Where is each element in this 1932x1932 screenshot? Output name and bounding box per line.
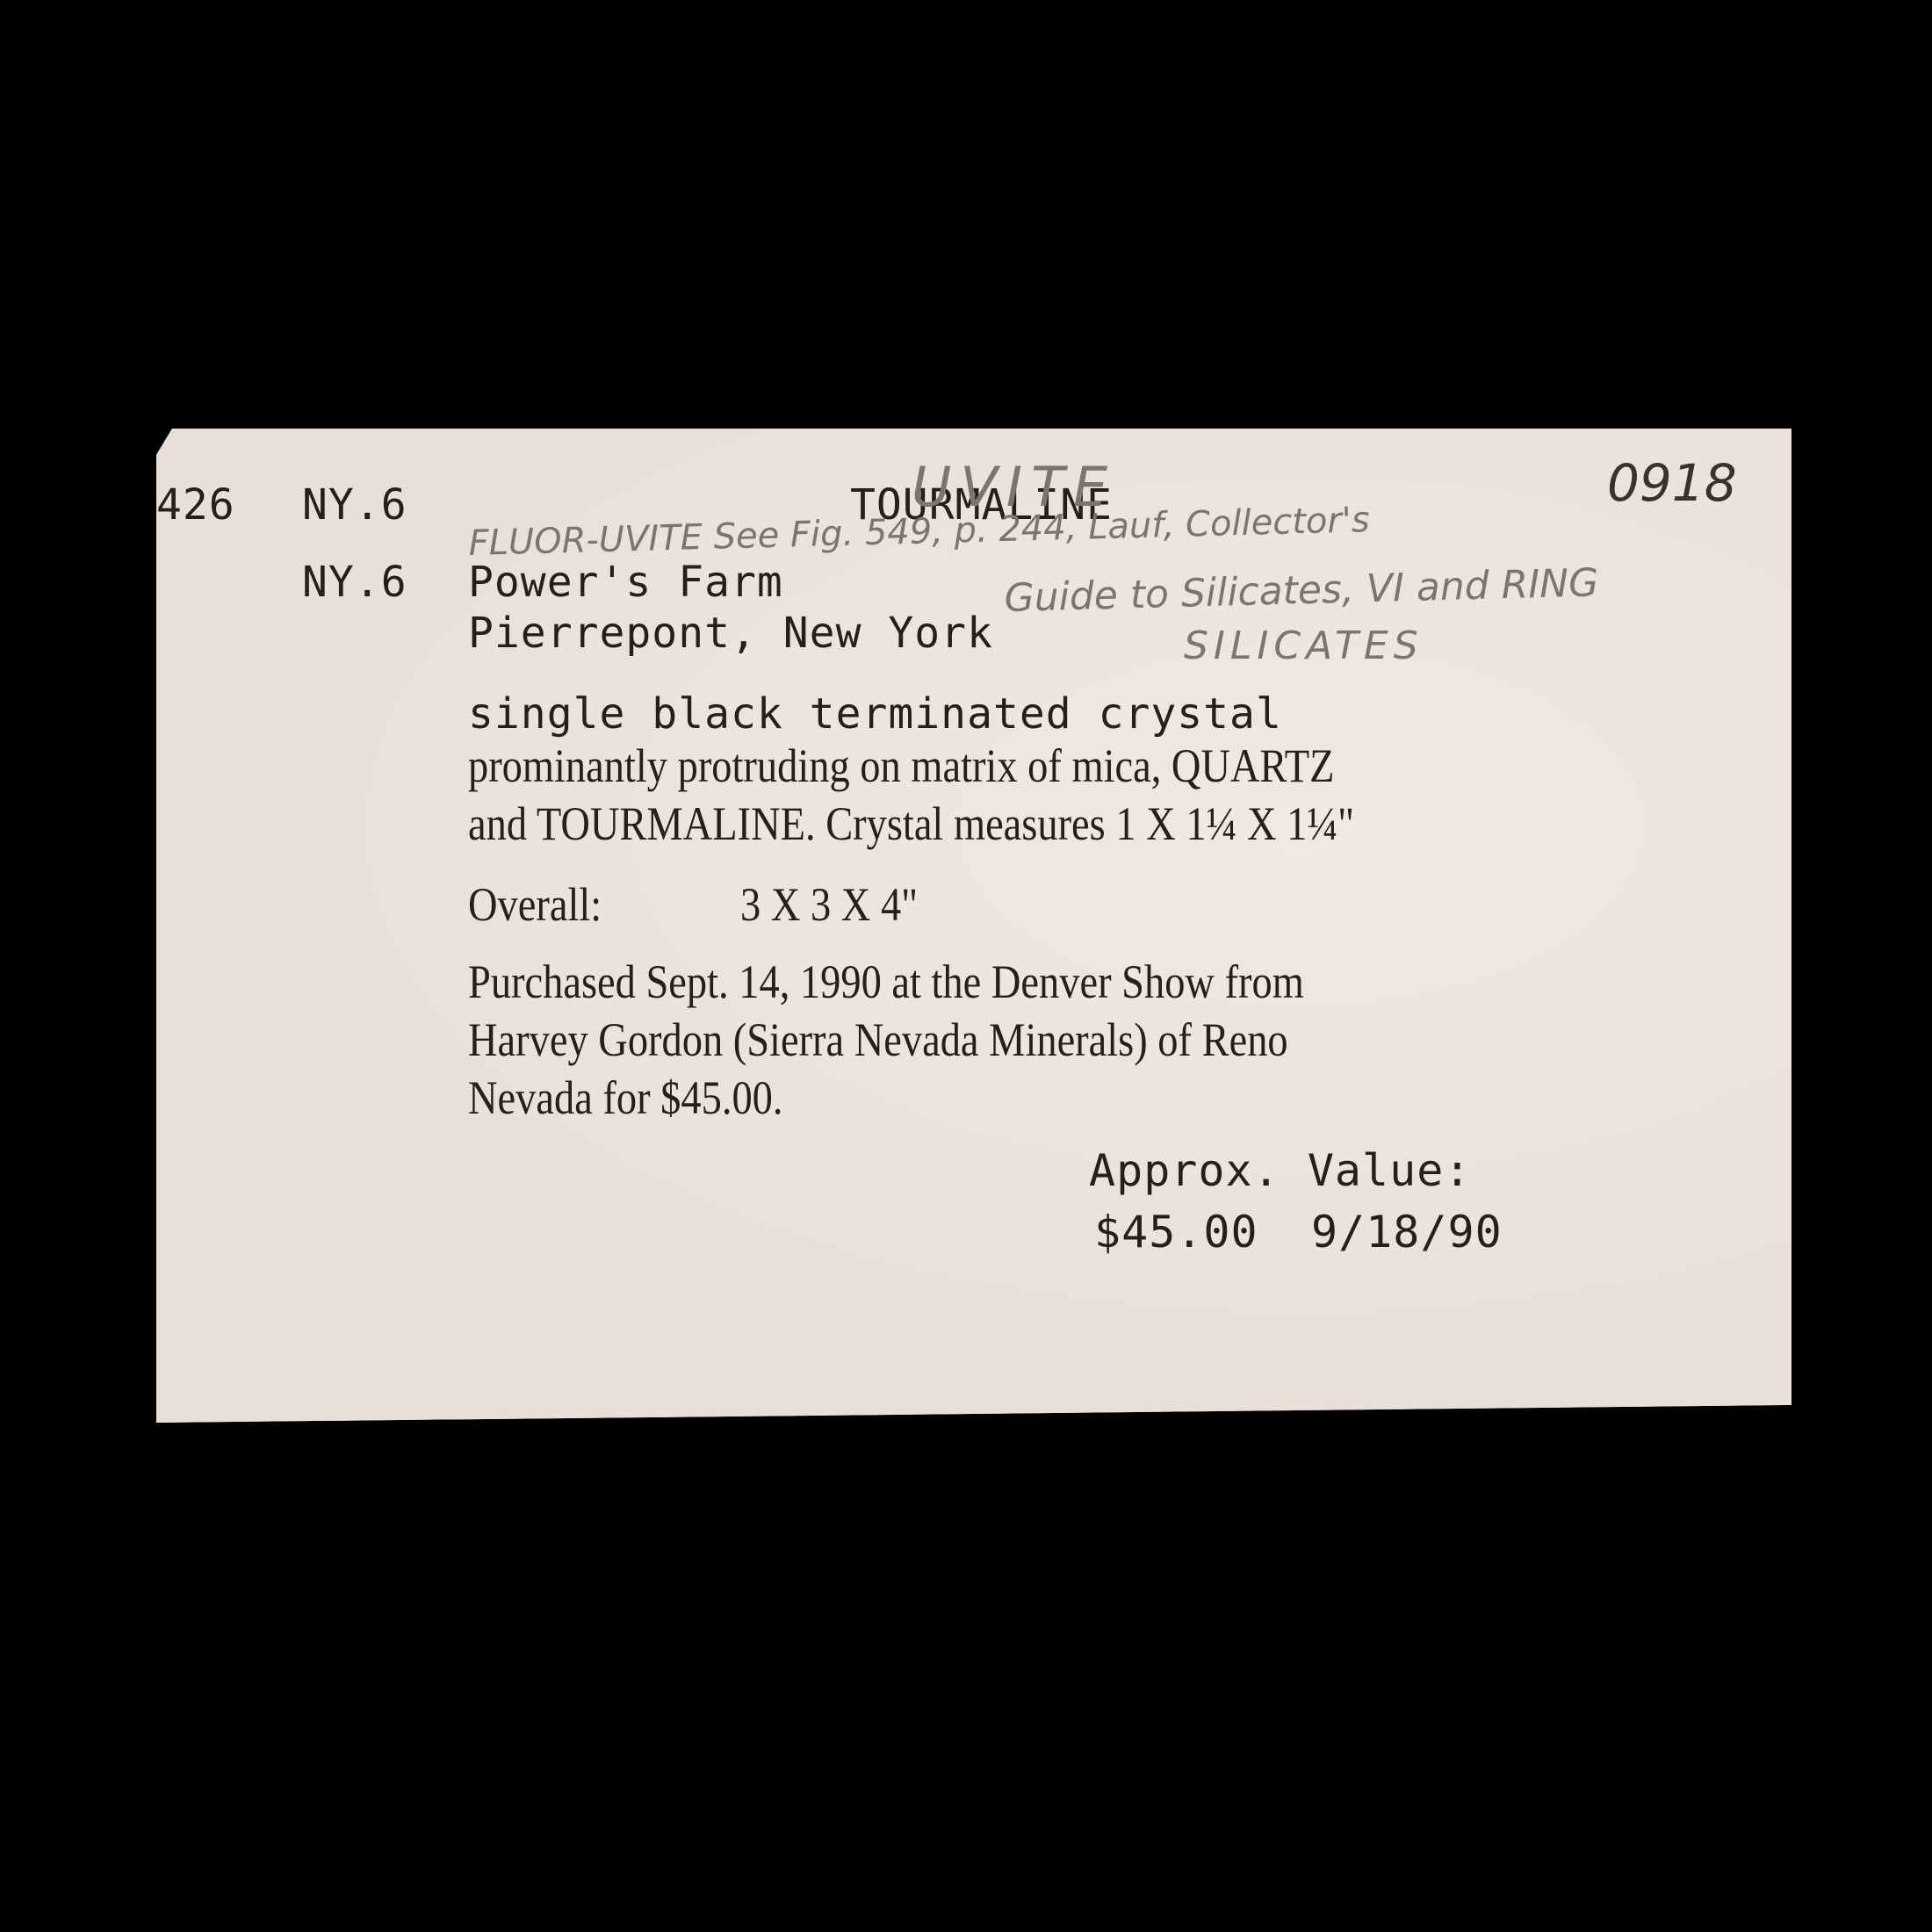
locality-code-2: NY.6: [302, 557, 407, 608]
locality-line2: Pierrepont, New York: [468, 608, 993, 659]
description-line1: single black terminated crystal: [468, 688, 1282, 739]
specimen-label-card: 426 NY.6 TOURMALINE UVITE 0918 FLUOR-UVI…: [156, 429, 1791, 1423]
handwritten-note-line3: SILICATES: [1184, 624, 1424, 668]
approx-value-amount: $45.00: [1094, 1207, 1258, 1258]
approx-value-date: 9/18/90: [1311, 1207, 1503, 1258]
handwritten-note-line2: Guide to Silicates, VI and RING: [1004, 560, 1599, 621]
locality-line1: Power's Farm: [468, 557, 783, 608]
purchase-line2: Harvey Gordon (Sierra Nevada Minerals) o…: [468, 1012, 1288, 1068]
purchase-line1: Purchased Sept. 14, 1990 at the Denver S…: [468, 954, 1304, 1010]
catalog-number: 426: [156, 479, 235, 530]
handwritten-number: 0918: [1607, 453, 1737, 513]
overall-label: Overall:: [468, 876, 602, 933]
overall-value: 3 X 3 X 4": [740, 876, 918, 933]
purchase-line3: Nevada for $45.00.: [468, 1070, 783, 1126]
description-line2: prominantly protruding on matrix of mica…: [468, 738, 1334, 794]
locality-code: NY.6: [302, 479, 407, 530]
approx-value-label: Approx. Value:: [1089, 1145, 1471, 1196]
description-line3: and TOURMALINE. Crystal measures 1 X 1¼ …: [468, 796, 1354, 852]
